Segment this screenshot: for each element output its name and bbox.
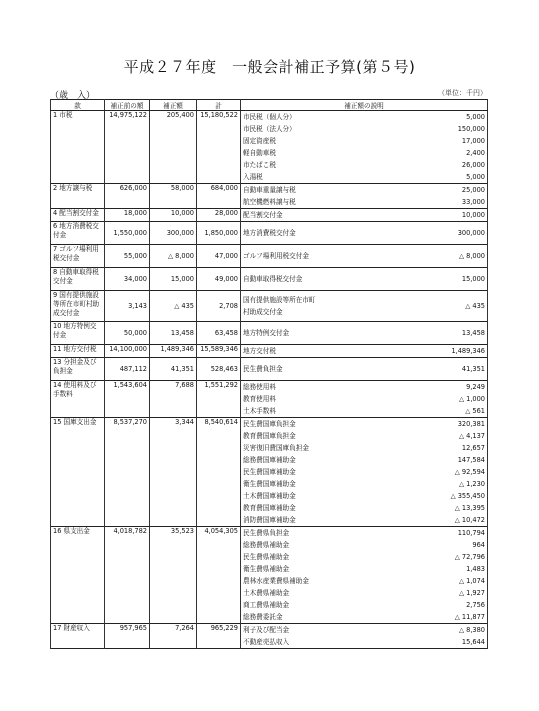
detail-label: 衛生費県補助金 bbox=[241, 563, 323, 575]
row-change: 7,264 bbox=[150, 624, 197, 649]
row-before: 3,143 bbox=[105, 291, 150, 322]
detail-label: 商工費県補助金 bbox=[241, 599, 323, 611]
table-row: 4 配当割交付金18,00010,00028,000配当割交付金10,000 bbox=[51, 209, 488, 222]
detail-value: 13,458 bbox=[323, 322, 488, 345]
row-item: 6 地方消費税交付金 bbox=[51, 222, 105, 245]
detail-value: 15,644 bbox=[323, 636, 488, 649]
detail-label: 市民税（個人分） bbox=[241, 111, 323, 124]
detail-label: 軽自動車税 bbox=[241, 147, 323, 159]
row-total: 965,229 bbox=[197, 624, 241, 649]
detail-label: 民生費国庫補助金 bbox=[241, 466, 323, 478]
row-before: 34,000 bbox=[105, 268, 150, 291]
detail-label: 自動車重量譲与税 bbox=[241, 184, 323, 197]
row-before: 1,543,604 bbox=[105, 381, 150, 418]
detail-label: 総務費委託金 bbox=[241, 611, 323, 624]
header-total: 計 bbox=[197, 100, 241, 111]
row-change: 41,351 bbox=[150, 358, 197, 381]
detail-label: 災害復旧費国庫負担金 bbox=[241, 442, 323, 454]
detail-value: 1,483 bbox=[323, 563, 488, 575]
detail-value: 300,000 bbox=[323, 222, 488, 245]
row-total: 49,000 bbox=[197, 268, 241, 291]
row-item: 1 市税 bbox=[51, 111, 105, 184]
row-total: 15,180,522 bbox=[197, 111, 241, 184]
detail-value: 9,249 bbox=[323, 381, 488, 394]
detail-value: 320,381 bbox=[323, 418, 488, 431]
detail-label: 総務費県補助金 bbox=[241, 539, 323, 551]
detail-value: 5,000 bbox=[323, 111, 488, 124]
row-item: 10 地方特例交付金 bbox=[51, 322, 105, 345]
row-total: 2,708 bbox=[197, 291, 241, 322]
row-before: 14,100,000 bbox=[105, 345, 150, 358]
table-row: 6 地方消費税交付金1,550,000300,0001,850,000地方消費税… bbox=[51, 222, 488, 245]
detail-value: △ 561 bbox=[323, 405, 488, 418]
detail-label: 教育費国庫負担金 bbox=[241, 430, 323, 442]
detail-label: 消防費国庫補助金 bbox=[241, 514, 323, 527]
row-before: 626,000 bbox=[105, 184, 150, 209]
detail-value: 41,351 bbox=[323, 358, 488, 381]
row-before: 50,000 bbox=[105, 322, 150, 345]
row-change: 1,489,346 bbox=[150, 345, 197, 358]
detail-label: 土木費国庫補助金 bbox=[241, 490, 323, 502]
detail-label: 航空機燃料譲与税 bbox=[241, 196, 323, 209]
header-before: 補正前の額 bbox=[105, 100, 150, 111]
table-row: 15 国庫支出金8,537,2703,3448,540,614民生費国庫負担金3… bbox=[51, 418, 488, 431]
row-item: 16 県支出金 bbox=[51, 527, 105, 624]
row-item: 8 自動車取得税交付金 bbox=[51, 268, 105, 291]
table-body: 1 市税14,975,122205,40015,180,522市民税（個人分）5… bbox=[51, 111, 488, 649]
detail-label: 農林水産業費県補助金 bbox=[241, 575, 323, 587]
row-item: 9 国有提供施設等所在市町村助成交付金 bbox=[51, 291, 105, 322]
detail-value: 147,584 bbox=[323, 454, 488, 466]
row-before: 8,537,270 bbox=[105, 418, 150, 527]
detail-value: 150,000 bbox=[323, 123, 488, 135]
detail-label: 民生費負担金 bbox=[241, 358, 323, 381]
row-change: 205,400 bbox=[150, 111, 197, 184]
detail-value: 1,489,346 bbox=[323, 345, 488, 358]
detail-label: 利子及び配当金 bbox=[241, 624, 323, 637]
table-row: 14 使用料及び手数料1,543,6047,6881,551,292総務使用料9… bbox=[51, 381, 488, 394]
detail-label: 総務使用料 bbox=[241, 381, 323, 394]
row-change: 58,000 bbox=[150, 184, 197, 209]
table-row: 13 分担金及び負担金487,11241,351528,463民生費負担金41,… bbox=[51, 358, 488, 381]
table-row: 7 ゴルフ場利用税交付金55,000△ 8,00047,000ゴルフ場利用税交付… bbox=[51, 245, 488, 268]
detail-value: 26,000 bbox=[323, 159, 488, 171]
row-before: 4,018,782 bbox=[105, 527, 150, 624]
row-before: 1,550,000 bbox=[105, 222, 150, 245]
detail-value: △ 10,472 bbox=[323, 514, 488, 527]
row-total: 47,000 bbox=[197, 245, 241, 268]
detail-value: △ 1,927 bbox=[323, 587, 488, 599]
header-change: 補正額 bbox=[150, 100, 197, 111]
row-change: 7,688 bbox=[150, 381, 197, 418]
row-change: 300,000 bbox=[150, 222, 197, 245]
table-row: 17 財産収入957,9657,264965,229利子及び配当金△ 8,380 bbox=[51, 624, 488, 637]
row-total: 8,540,614 bbox=[197, 418, 241, 527]
detail-label: 土木手数料 bbox=[241, 405, 323, 418]
table-header-row: 款 補正前の額 補正額 計 補正額の説明 bbox=[51, 100, 488, 111]
detail-label: 土木費県補助金 bbox=[241, 587, 323, 599]
row-total: 1,850,000 bbox=[197, 222, 241, 245]
detail-label: 教育使用料 bbox=[241, 393, 323, 405]
detail-label: 総務費国庫補助金 bbox=[241, 454, 323, 466]
detail-value: △ 92,594 bbox=[323, 466, 488, 478]
row-total: 528,463 bbox=[197, 358, 241, 381]
detail-value: 15,000 bbox=[323, 268, 488, 291]
row-before: 487,112 bbox=[105, 358, 150, 381]
header-item: 款 bbox=[51, 100, 105, 111]
detail-label: 民生費県補助金 bbox=[241, 551, 323, 563]
detail-value: △ 72,796 bbox=[323, 551, 488, 563]
table-row: 16 県支出金4,018,78235,5234,054,305民生費県負担金11… bbox=[51, 527, 488, 540]
row-item: 17 財産収入 bbox=[51, 624, 105, 649]
row-total: 684,000 bbox=[197, 184, 241, 209]
detail-label: 配当割交付金 bbox=[241, 209, 323, 222]
detail-value: 17,000 bbox=[323, 135, 488, 147]
row-item: 11 地方交付税 bbox=[51, 345, 105, 358]
detail-value: 964 bbox=[323, 539, 488, 551]
row-change: 3,344 bbox=[150, 418, 197, 527]
detail-label: 不動産売払収入 bbox=[241, 636, 323, 649]
header-description: 補正額の説明 bbox=[241, 100, 488, 111]
detail-label: 地方交付税 bbox=[241, 345, 323, 358]
detail-label: 民生費県負担金 bbox=[241, 527, 323, 540]
table-row: 2 地方譲与税626,00058,000684,000自動車重量譲与税25,00… bbox=[51, 184, 488, 197]
row-change: △ 435 bbox=[150, 291, 197, 322]
detail-label: 地方消費税交付金 bbox=[241, 222, 323, 245]
row-item: 14 使用料及び手数料 bbox=[51, 381, 105, 418]
row-before: 14,975,122 bbox=[105, 111, 150, 184]
table-row: 1 市税14,975,122205,40015,180,522市民税（個人分）5… bbox=[51, 111, 488, 124]
detail-value: △ 1,230 bbox=[323, 478, 488, 490]
detail-value: 10,000 bbox=[323, 209, 488, 222]
detail-label: ゴルフ場利用税交付金 bbox=[241, 245, 323, 268]
row-total: 63,458 bbox=[197, 322, 241, 345]
detail-value: 25,000 bbox=[323, 184, 488, 197]
detail-value: △ 11,877 bbox=[323, 611, 488, 624]
detail-value: 12,657 bbox=[323, 442, 488, 454]
detail-value: △ 435 bbox=[323, 291, 488, 322]
detail-label: 衛生費国庫補助金 bbox=[241, 478, 323, 490]
detail-label: 国有提供施設等所在市町村助成交付金 bbox=[241, 291, 323, 322]
unit-label: （単位：千円） bbox=[438, 88, 487, 98]
detail-value: △ 355,450 bbox=[323, 490, 488, 502]
row-item: 7 ゴルフ場利用税交付金 bbox=[51, 245, 105, 268]
table-row: 10 地方特例交付金50,00013,45863,458地方特例交付金13,45… bbox=[51, 322, 488, 345]
detail-value: 33,000 bbox=[323, 196, 488, 209]
detail-label: 民生費国庫負担金 bbox=[241, 418, 323, 431]
detail-label: 市民税（法人分） bbox=[241, 123, 323, 135]
row-item: 2 地方譲与税 bbox=[51, 184, 105, 209]
row-total: 1,551,292 bbox=[197, 381, 241, 418]
row-change: △ 8,000 bbox=[150, 245, 197, 268]
row-total: 15,589,346 bbox=[197, 345, 241, 358]
row-total: 4,054,305 bbox=[197, 527, 241, 624]
page-title: 平成２７年度 一般会計補正予算(第５号) bbox=[0, 56, 539, 77]
detail-value: 2,756 bbox=[323, 599, 488, 611]
row-change: 13,458 bbox=[150, 322, 197, 345]
table-row: 8 自動車取得税交付金34,00015,00049,000自動車取得税交付金15… bbox=[51, 268, 488, 291]
detail-value: △ 4,137 bbox=[323, 430, 488, 442]
row-change: 15,000 bbox=[150, 268, 197, 291]
table-row: 11 地方交付税14,100,0001,489,34615,589,346地方交… bbox=[51, 345, 488, 358]
detail-value: 110,794 bbox=[323, 527, 488, 540]
detail-label: 固定資産税 bbox=[241, 135, 323, 147]
row-before: 55,000 bbox=[105, 245, 150, 268]
row-change: 10,000 bbox=[150, 209, 197, 222]
detail-label: 教育費国庫補助金 bbox=[241, 502, 323, 514]
row-before: 957,965 bbox=[105, 624, 150, 649]
detail-label: 地方特例交付金 bbox=[241, 322, 323, 345]
budget-table: 款 補正前の額 補正額 計 補正額の説明 1 市税14,975,122205,4… bbox=[50, 99, 488, 649]
row-change: 35,523 bbox=[150, 527, 197, 624]
detail-value: △ 13,395 bbox=[323, 502, 488, 514]
detail-label: 自動車取得税交付金 bbox=[241, 268, 323, 291]
detail-label: 市たばこ税 bbox=[241, 159, 323, 171]
detail-value: △ 8,380 bbox=[323, 624, 488, 637]
detail-value: △ 1,074 bbox=[323, 575, 488, 587]
row-total: 28,000 bbox=[197, 209, 241, 222]
row-before: 18,000 bbox=[105, 209, 150, 222]
row-item: 13 分担金及び負担金 bbox=[51, 358, 105, 381]
detail-value: △ 1,000 bbox=[323, 393, 488, 405]
detail-value: 2,400 bbox=[323, 147, 488, 159]
detail-label: 入湯税 bbox=[241, 171, 323, 184]
detail-value: 5,000 bbox=[323, 171, 488, 184]
table-row: 9 国有提供施設等所在市町村助成交付金3,143△ 4352,708国有提供施設… bbox=[51, 291, 488, 322]
detail-value: △ 8,000 bbox=[323, 245, 488, 268]
row-item: 4 配当割交付金 bbox=[51, 209, 105, 222]
row-item: 15 国庫支出金 bbox=[51, 418, 105, 527]
